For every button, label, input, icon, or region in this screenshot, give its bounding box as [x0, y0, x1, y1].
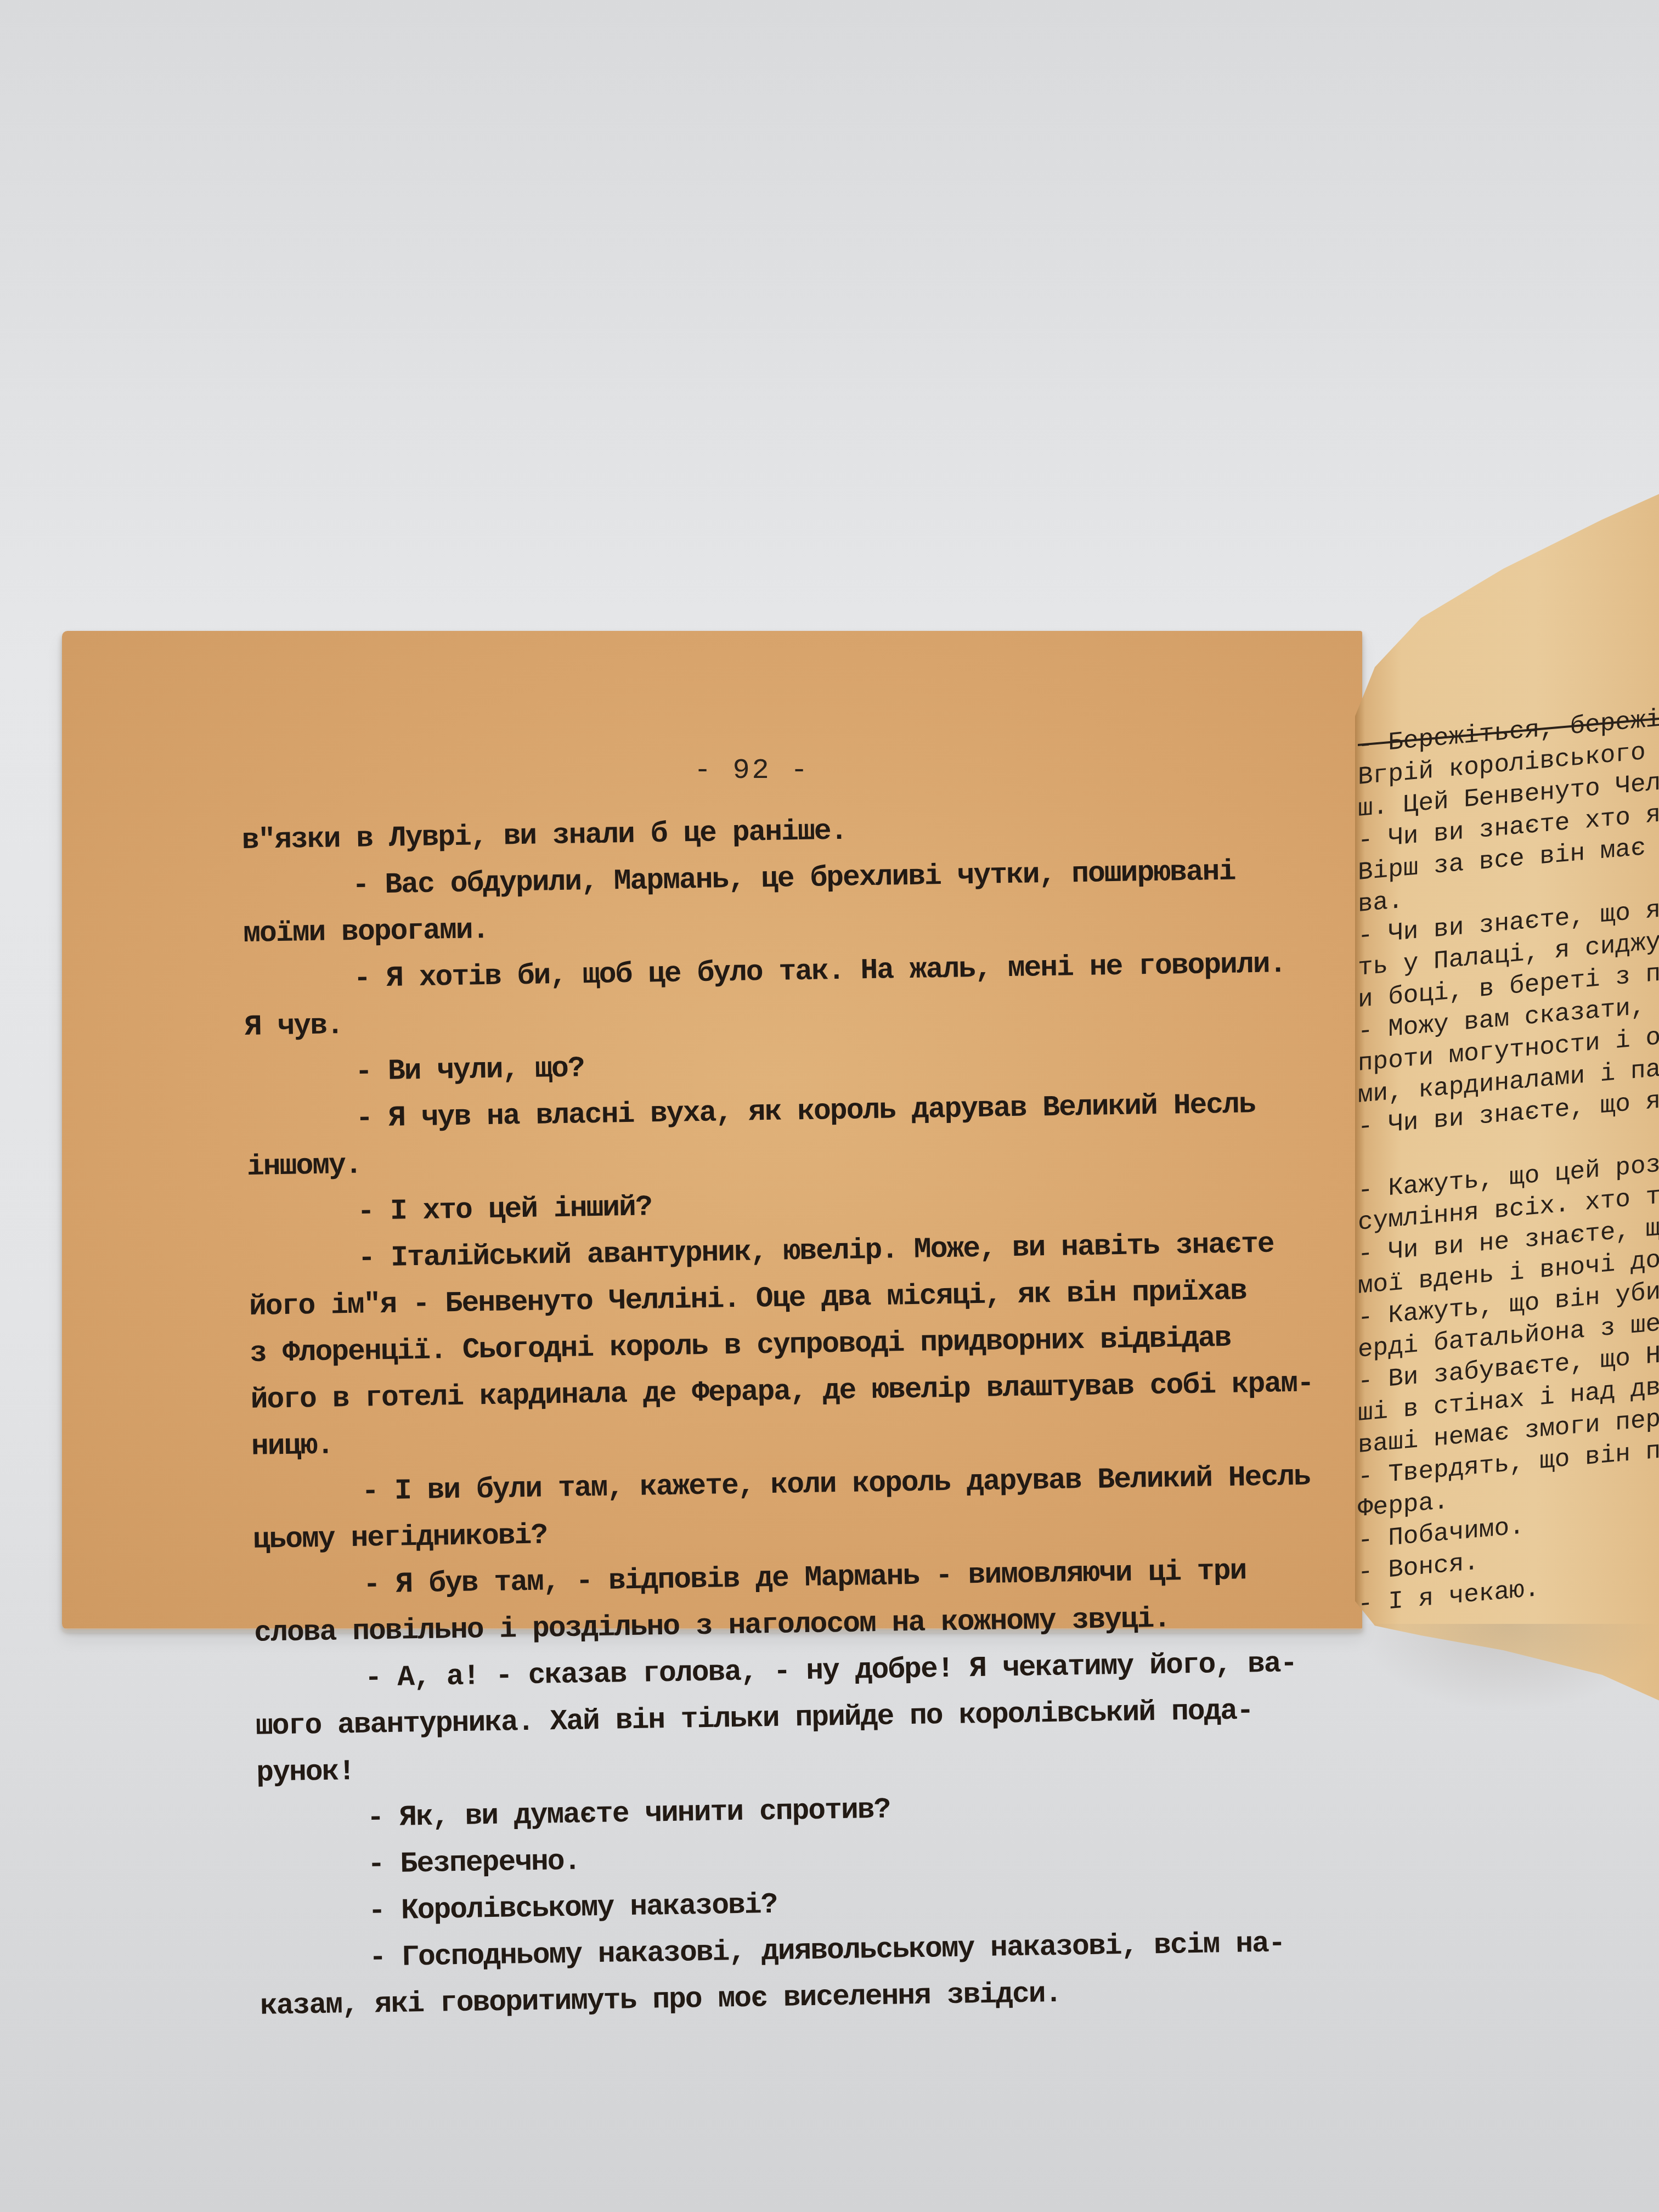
photo-scene: - 92 - в"язки в Луврі, ви знали б це ран… [0, 0, 1659, 2212]
right-page-text: - Бережіться, бережіться,Вгрій королівсь… [1358, 703, 1659, 1621]
left-page-text: в"язки в Луврі, ви знали б це раніше.- В… [241, 800, 1379, 2030]
page-number: - 92 - [694, 754, 810, 787]
page-shadow [1355, 1624, 1659, 1712]
